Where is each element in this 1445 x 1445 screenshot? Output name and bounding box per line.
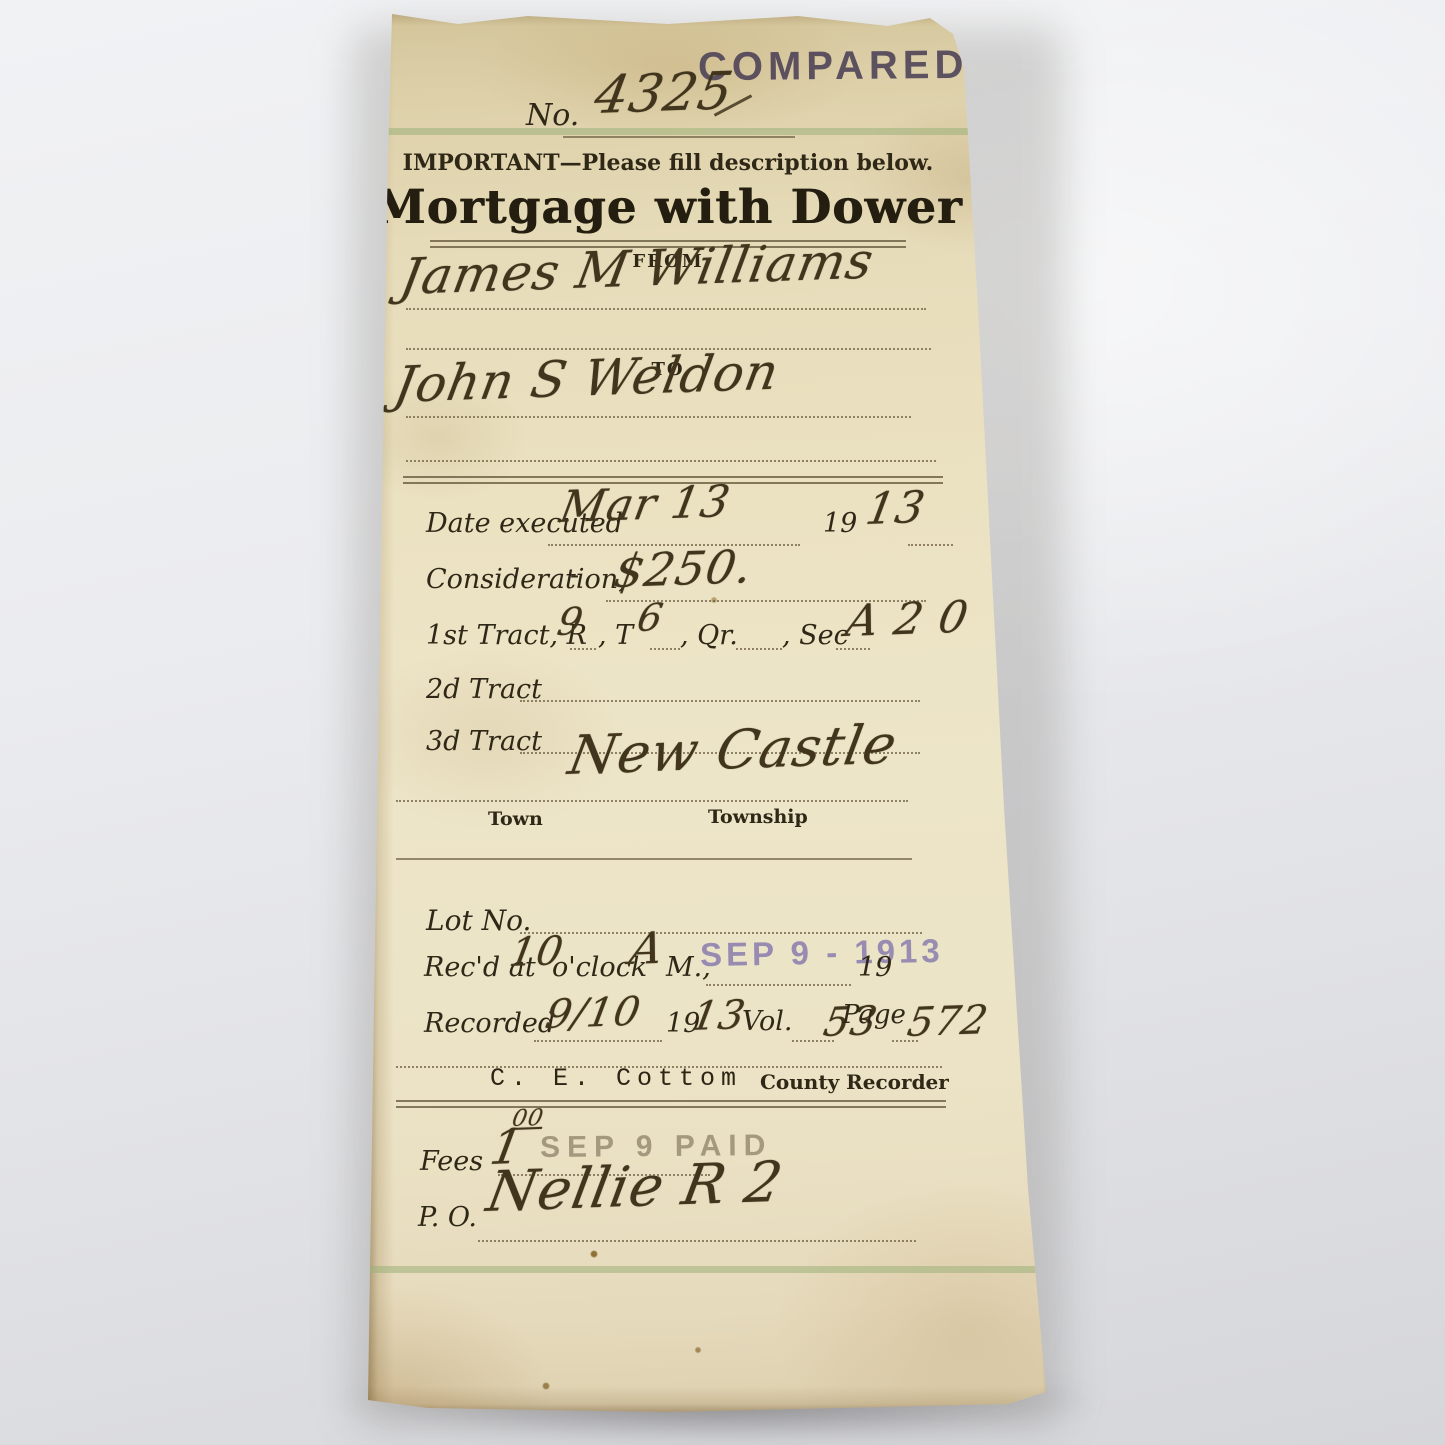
town-label: Town bbox=[488, 808, 543, 830]
fold-line-top bbox=[368, 128, 1056, 135]
date-year-printed: 19 bbox=[823, 508, 857, 539]
recorded-date: 9/10 bbox=[542, 989, 645, 1038]
page-label: Page bbox=[842, 1000, 906, 1030]
tract1-sec-label: , Sec bbox=[782, 620, 849, 651]
tract2-line bbox=[520, 700, 920, 702]
consideration-value: $250. bbox=[610, 539, 757, 598]
po-value: Nellie R 2 bbox=[482, 1150, 788, 1225]
tract1-t-label: , T bbox=[598, 620, 633, 651]
recorder-rule bbox=[396, 1100, 946, 1108]
recd-year-printed: 19 bbox=[858, 952, 892, 983]
fees-cents: 00 bbox=[510, 1105, 546, 1132]
compared-stamp: COMPARED bbox=[698, 43, 969, 90]
tract1-line-sec bbox=[836, 648, 870, 650]
no-underline bbox=[563, 136, 795, 138]
town-line bbox=[396, 800, 908, 802]
town-township-value: New Castle bbox=[564, 713, 902, 787]
tract1-qr-label: , Qr. bbox=[680, 620, 738, 651]
fees-label: Fees bbox=[420, 1146, 483, 1177]
tract1-line-r bbox=[570, 648, 596, 650]
page-value: 572 bbox=[904, 997, 992, 1046]
date-executed-value: Mar 13 bbox=[556, 476, 734, 533]
from-line bbox=[406, 308, 926, 310]
recorded-year-written: 13 bbox=[688, 992, 749, 1040]
township-label: Township bbox=[708, 806, 808, 828]
fold-line-bottom bbox=[368, 1266, 1056, 1273]
to-name: John S Weldon bbox=[390, 343, 784, 414]
page-title: Mortgage with Dower bbox=[368, 180, 968, 235]
recorded-label: Recorded bbox=[424, 1008, 555, 1039]
divider-line-2 bbox=[406, 460, 936, 462]
received-date-stamp: SEP 9 - 1913 bbox=[700, 932, 944, 974]
section-line bbox=[396, 858, 912, 860]
consideration-label: Consideration, bbox=[426, 564, 627, 595]
vol-label: Vol. bbox=[742, 1006, 793, 1037]
date-year-written: 13 bbox=[862, 482, 929, 535]
tract1-sec-value: A 2 0 bbox=[842, 592, 973, 647]
recorded-line bbox=[534, 1040, 662, 1042]
consideration-dash: - bbox=[570, 560, 579, 591]
to-line bbox=[406, 416, 911, 418]
recorder-title: County Recorder bbox=[760, 1070, 949, 1094]
po-label: P. O. bbox=[418, 1202, 477, 1233]
meridiem-value: A bbox=[626, 923, 668, 975]
tract1-line-qr bbox=[736, 648, 782, 650]
document-paper: COMPARED No. 4325 IMPORTANT—Please fill … bbox=[368, 8, 1056, 1414]
po-line bbox=[478, 1240, 916, 1242]
recd-line bbox=[706, 984, 851, 986]
tract1-line-t bbox=[650, 648, 680, 650]
photo-background: COMPARED No. 4325 IMPORTANT—Please fill … bbox=[0, 0, 1445, 1445]
date-line-end bbox=[908, 544, 953, 546]
important-notice: IMPORTANT—Please fill description below. bbox=[368, 150, 968, 176]
recorder-name: C. E. Cottom bbox=[490, 1064, 742, 1093]
